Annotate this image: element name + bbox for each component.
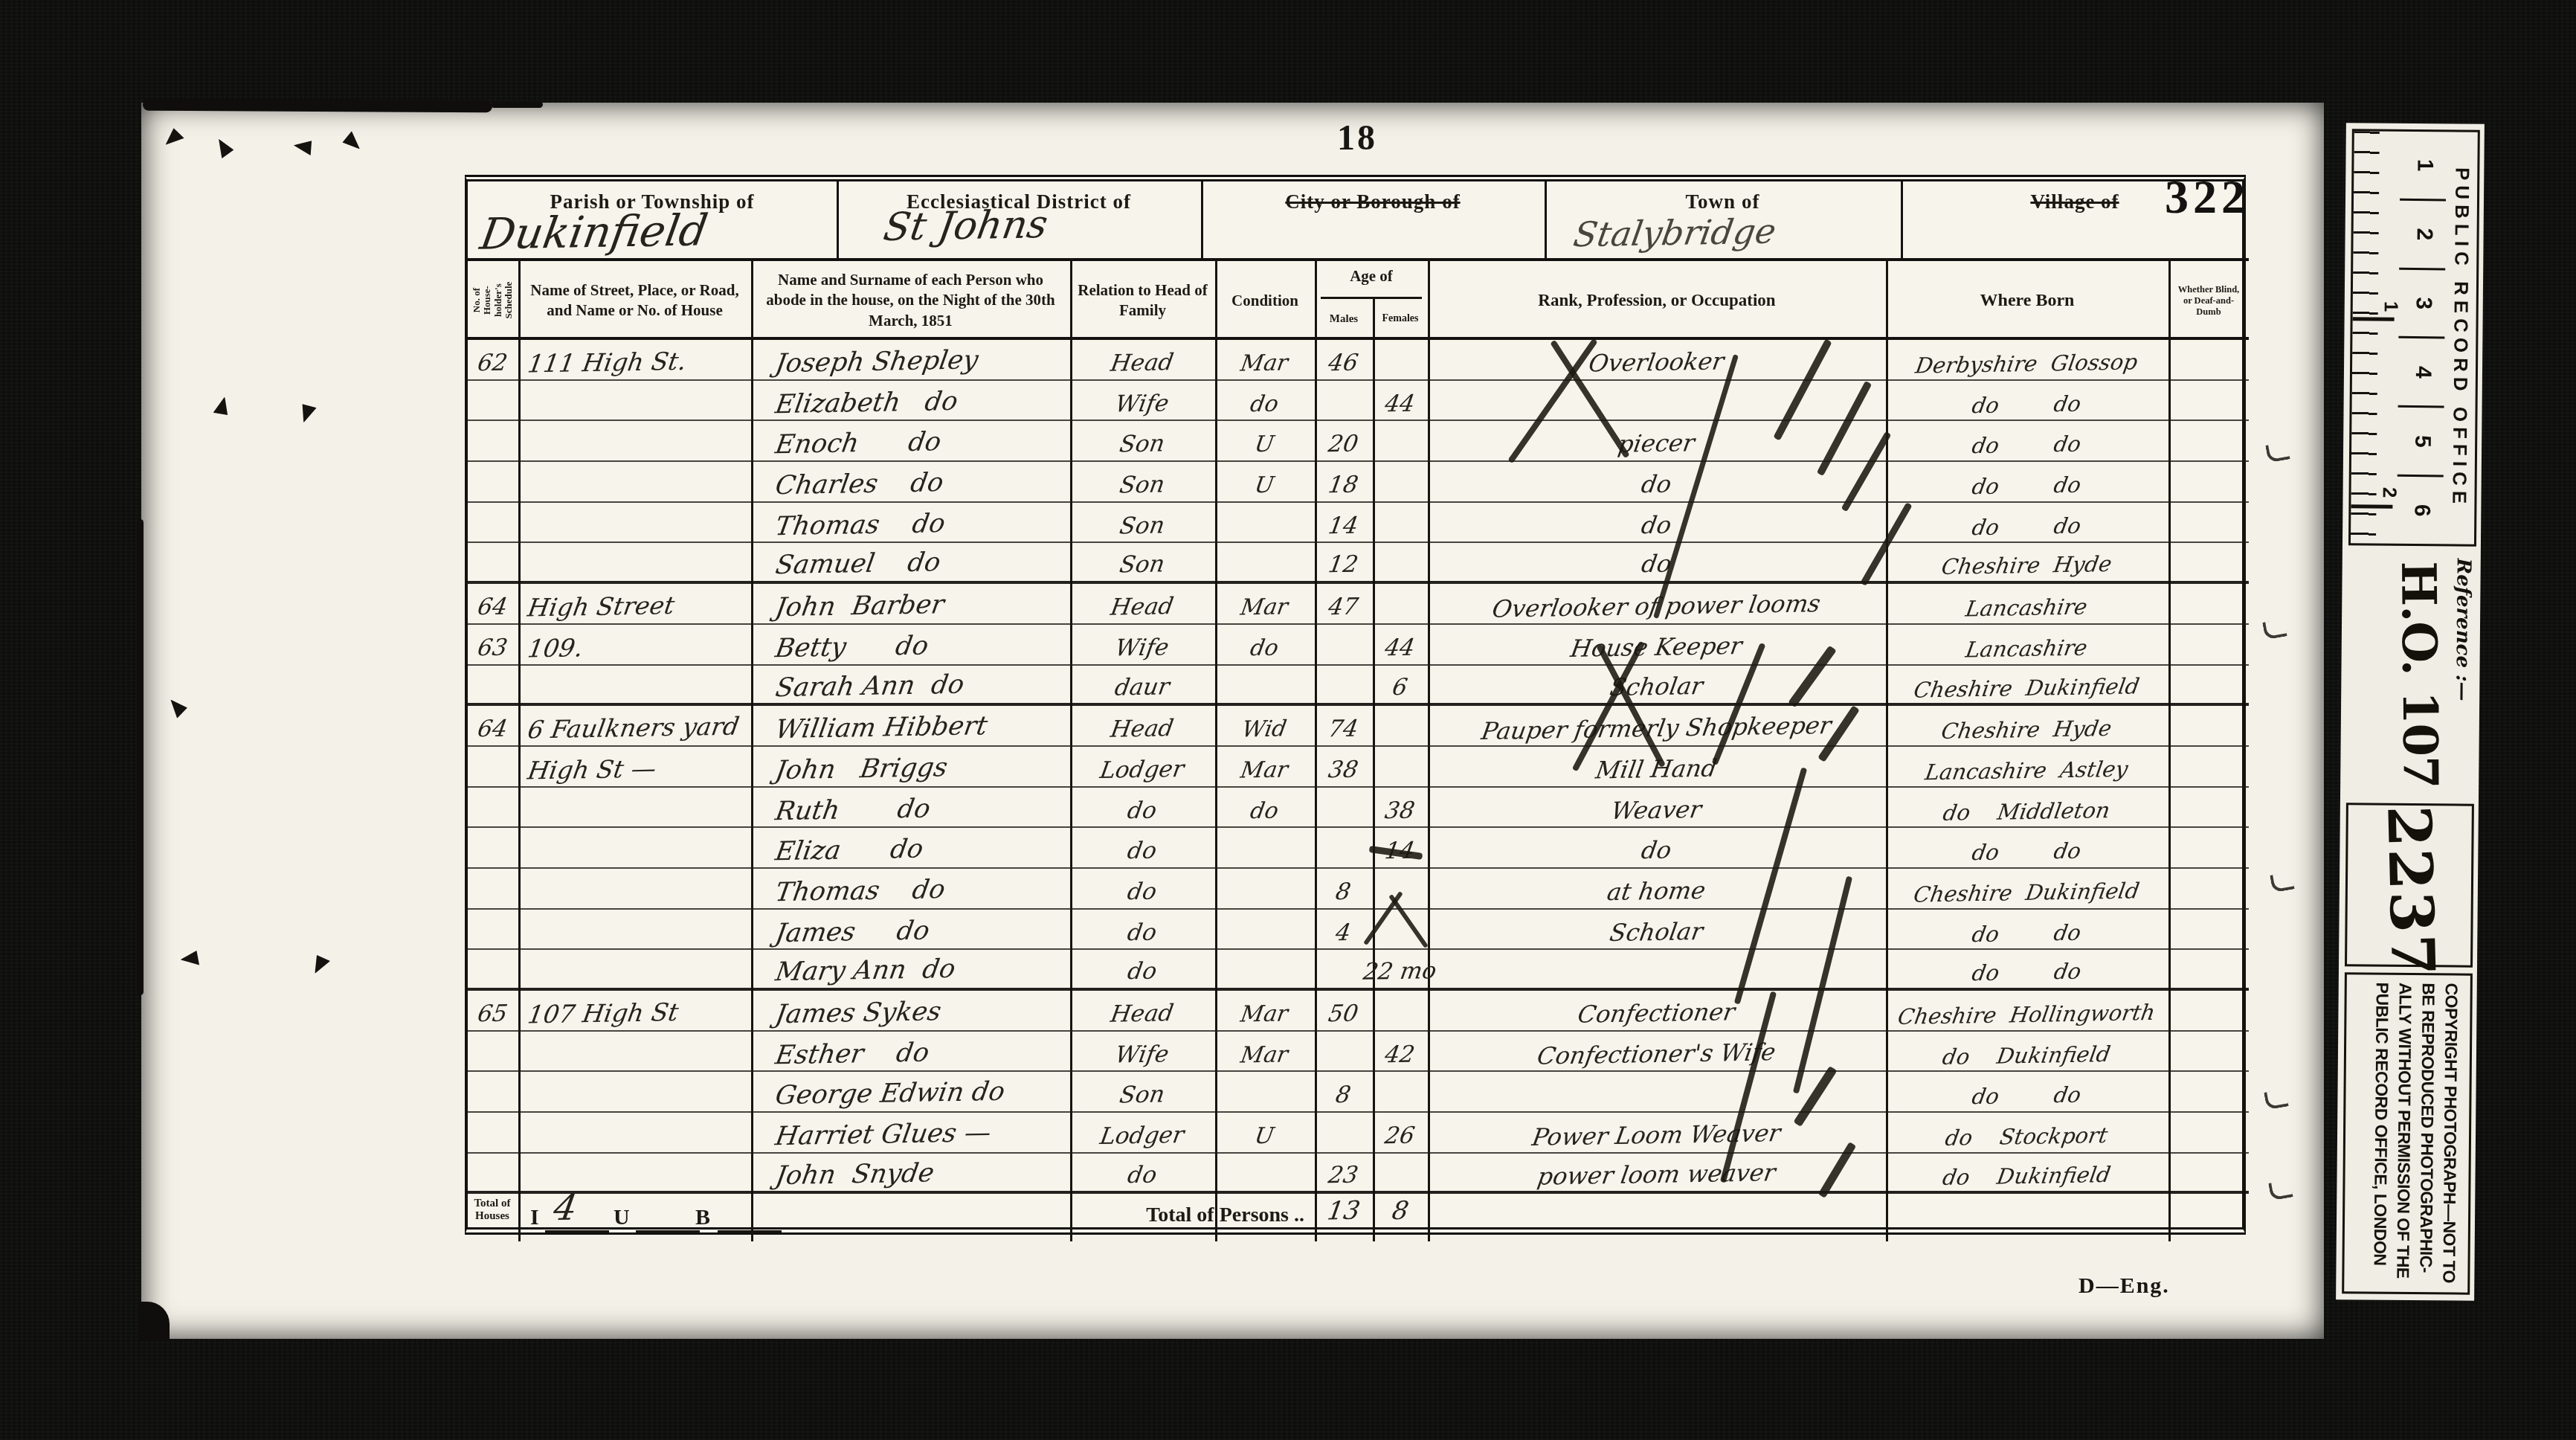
relation-cell: do <box>1067 867 1219 909</box>
col-header-blind: Whether Blind, or Deaf-and-Dumb <box>2168 261 2249 340</box>
name-cell: Ruth do <box>747 785 1074 829</box>
form-footer-mark: D—Eng. <box>2078 1273 2170 1299</box>
age-female-cell: 44 <box>1370 380 1432 420</box>
born-cell: Cheshire Hyde <box>1882 704 2171 748</box>
name-cell: John Briggs <box>747 744 1074 788</box>
age-female-cell: 38 <box>1370 787 1432 827</box>
copyright-line: BE REPRODUCED PHOTOGRAPHIC- <box>2414 983 2440 1285</box>
col-subheader-males: Males <box>1315 300 1373 338</box>
film-smudge <box>143 99 492 112</box>
schedule-cell <box>465 502 522 542</box>
occupation-cell: do <box>1424 539 1890 585</box>
name-cell: Samuel do <box>747 541 1073 584</box>
ruler-inch-number: 2 <box>2378 487 2401 498</box>
schedule-cell <box>465 787 522 827</box>
relation-cell: Lodger <box>1067 745 1219 787</box>
folio-number: 322 <box>2165 170 2250 225</box>
blind-cell <box>2168 340 2249 379</box>
street-cell <box>515 663 755 705</box>
relation-cell: Son <box>1067 420 1219 462</box>
relation-cell: do <box>1067 908 1219 950</box>
street-cell <box>515 826 754 870</box>
condition-cell <box>1212 908 1318 949</box>
page-number: 18 <box>1337 118 1377 158</box>
schedule-cell <box>465 909 522 949</box>
relation-cell: Wife <box>1067 1030 1219 1072</box>
condition-cell <box>1212 868 1318 909</box>
age-female-cell: 6 <box>1370 665 1431 704</box>
born-cell: Cheshire Hyde <box>1882 541 2171 583</box>
total-underline <box>545 1230 609 1233</box>
city-label: City or Borough of <box>1285 190 1460 213</box>
relation-cell: do <box>1067 1152 1219 1192</box>
table-row: Thomas do do 8 at home Cheshire Dukinfie… <box>468 869 2249 910</box>
age-female-cell <box>1370 868 1432 908</box>
age-male-cell <box>1312 1112 1376 1152</box>
condition-cell <box>1212 949 1318 989</box>
age-male-cell: 50 <box>1312 990 1376 1030</box>
col-header-relation: Relation to Head of Family <box>1070 261 1215 340</box>
condition-cell: Mar <box>1212 746 1318 787</box>
occupation-cell: at home <box>1424 865 1890 912</box>
table-row: 64 High Street John Barber Head Mar 47 O… <box>468 584 2249 625</box>
reference-label: Reference :— <box>2451 558 2475 701</box>
ruler-cm-number: 2 <box>2399 199 2446 268</box>
street-cell <box>515 1110 754 1154</box>
schedule-cell <box>465 421 522 461</box>
blind-cell <box>2168 421 2249 460</box>
pro-office-title: PUBLIC RECORD OFFICE <box>2447 132 2474 544</box>
blind-cell <box>2168 543 2249 581</box>
col-header-occupation: Rank, Profession, or Occupation <box>1428 261 1886 340</box>
street-cell <box>515 1029 754 1073</box>
total-persons-male: 13 <box>1313 1195 1376 1226</box>
born-cell: Derbyshire Glossop <box>1882 338 2171 382</box>
age-female-cell <box>1370 990 1432 1030</box>
table-row: John Snyde do 23 power loom weaver do Du… <box>468 1154 2249 1195</box>
name-cell: Enoch do <box>747 419 1074 463</box>
street-cell <box>515 867 754 910</box>
relation-cell: Son <box>1067 1071 1219 1113</box>
occupation-cell: Overlooker <box>1424 336 1890 383</box>
street-cell <box>515 785 754 829</box>
col-header-born: Where Born <box>1886 261 2168 340</box>
street-cell <box>515 541 755 583</box>
ruler-cm-scale: 123456 <box>2397 132 2447 544</box>
occupation-cell: House Keeper <box>1424 620 1890 667</box>
table-row: Charles do Son U 18 do do do <box>468 462 2249 503</box>
col-header-condition: Condition <box>1215 261 1315 340</box>
ruler-inch-tick <box>2353 317 2395 321</box>
col-header-schedule: No. of House-holder's Schedule <box>468 261 518 340</box>
age-male-cell: 8 <box>1312 1072 1376 1112</box>
condition-cell: Mar <box>1212 990 1318 1031</box>
condition-cell <box>1212 1153 1318 1192</box>
age-male-cell: 12 <box>1312 543 1376 582</box>
ruler-cm-number: 6 <box>2397 475 2444 544</box>
table-row: 63 109. Betty do Wife do 44 House Keeper… <box>468 625 2249 666</box>
inhabited-label: I <box>530 1205 539 1230</box>
blind-cell <box>2168 381 2249 420</box>
age-female-cell: 42 <box>1370 1031 1432 1071</box>
blind-cell <box>2168 910 2249 949</box>
condition-cell <box>1212 1071 1318 1112</box>
table-row: 64 6 Faulkners yard William Hibbert Head… <box>468 706 2249 747</box>
name-cell: Thomas do <box>747 500 1074 544</box>
blind-cell <box>2168 1032 2249 1071</box>
blind-cell <box>2168 747 2249 786</box>
born-cell: do do <box>1882 419 2171 463</box>
age-female-cell <box>1370 461 1432 501</box>
age-male-cell <box>1312 380 1376 420</box>
table-row: Harriet Glues — Lodger U 26 Power Loom W… <box>468 1113 2249 1154</box>
occupation-cell: Scholar <box>1424 905 1890 952</box>
table-row: Ruth do do do 38 Weaver do Middleton <box>468 788 2249 829</box>
schedule-cell <box>465 950 521 989</box>
occupation-cell: power loom weaver <box>1424 1149 1890 1195</box>
name-cell: James Sykes <box>747 988 1074 1032</box>
age-male-cell: 74 <box>1312 706 1376 746</box>
condition-cell: do <box>1212 786 1318 827</box>
schedule-cell: 63 <box>465 624 522 664</box>
age-male-cell <box>1312 1031 1376 1071</box>
age-female-cell: 44 <box>1370 624 1432 664</box>
street-cell <box>515 1151 755 1193</box>
born-cell: Cheshire Hollingworth <box>1882 989 2171 1032</box>
schedule-cell <box>465 868 522 908</box>
born-cell: do Middleton <box>1882 785 2171 829</box>
pro-piece-box: 2237 <box>2345 803 2474 967</box>
table-row: Esther do Wife Mar 42 Confectioner's Wif… <box>468 1032 2249 1073</box>
condition-cell <box>1212 827 1318 868</box>
occupation-cell <box>1424 1068 1890 1115</box>
table-row: 62 111 High St. Joseph Shepley Head Mar … <box>468 340 2249 381</box>
schedule-cell: 62 <box>465 339 522 379</box>
born-cell: do Dukinfield <box>1882 1151 2171 1193</box>
blind-cell <box>2168 991 2249 1030</box>
occupation-cell: Power Loom Weaver <box>1424 1109 1890 1156</box>
copyright-line: PUBLIC RECORD OFFICE, LONDON <box>2368 983 2394 1285</box>
age-female-cell <box>1370 1072 1432 1112</box>
name-cell: Mary Ann do <box>747 948 1073 991</box>
born-cell: Lancashire <box>1882 582 2171 626</box>
age-female-cell: 14 <box>1370 828 1432 868</box>
blind-cell <box>2168 462 2249 501</box>
relation-cell: do <box>1067 786 1219 828</box>
pro-copyright-box: COPYRIGHT PHOTOGRAPH—NOT TOBE REPRODUCED… <box>2342 972 2473 1294</box>
age-male-cell <box>1312 665 1376 704</box>
age-male-cell: 20 <box>1312 421 1376 461</box>
age-male-cell <box>1312 828 1376 868</box>
name-cell: George Edwin do <box>747 1070 1074 1114</box>
born-cell: Lancashire Astley <box>1882 745 2171 788</box>
relation-cell: Wife <box>1067 379 1219 421</box>
town-value: Stalybridge <box>1571 211 1779 255</box>
table-row: George Edwin do Son 8 do do <box>468 1072 2249 1113</box>
parish-value: Dukinfield <box>477 205 711 259</box>
born-cell: do Stockport <box>1882 1110 2171 1154</box>
age-male-cell: 47 <box>1312 583 1376 623</box>
header-divider <box>837 181 839 258</box>
census-form: Parish or Township of Ecclesiastical Dis… <box>465 175 2246 1235</box>
age-female-cell <box>1370 1153 1431 1192</box>
name-cell: John Snyde <box>747 1151 1073 1194</box>
name-cell: Thomas do <box>747 866 1074 910</box>
occupation-cell: Weaver <box>1424 783 1890 830</box>
relation-cell: Son <box>1067 501 1219 543</box>
condition-cell: do <box>1212 380 1318 421</box>
name-cell: Sarah Ann do <box>747 663 1073 706</box>
col-header-name: Name and Surname of each Person who abod… <box>751 261 1070 340</box>
blind-cell <box>2168 584 2249 623</box>
occupation-cell: Overlooker of power looms <box>1424 580 1890 627</box>
schedule-cell: 64 <box>465 706 522 746</box>
totals-band: Total of Houses I 4 U B Total of Persons… <box>468 1195 2249 1238</box>
name-cell: John Barber <box>747 581 1074 626</box>
blind-cell <box>2168 1113 2249 1152</box>
total-underline <box>636 1230 700 1233</box>
condition-cell: Mar <box>1212 1031 1318 1072</box>
table-row: High St — John Briggs Lodger Mar 38 Mill… <box>468 747 2249 788</box>
relation-cell: Head <box>1067 338 1219 380</box>
age-female-cell: 26 <box>1370 1112 1432 1152</box>
building-label: B <box>695 1205 710 1230</box>
blind-cell <box>2168 503 2249 542</box>
name-cell: William Hibbert <box>747 703 1074 748</box>
ruler-cm-number: 5 <box>2398 405 2444 475</box>
name-cell: Charles do <box>747 459 1074 504</box>
age-male-cell <box>1312 624 1376 664</box>
occupation-cell: Confectioner <box>1424 987 1890 1034</box>
condition-cell <box>1212 542 1318 582</box>
occupation-cell: Confectioner's Wife <box>1424 1027 1890 1074</box>
name-cell: Joseph Shepley <box>747 337 1074 382</box>
pro-reference-strip: PUBLIC RECORD OFFICE 123456 1 2 Referenc… <box>2336 123 2485 1301</box>
born-cell: do Dukinfield <box>1882 1029 2171 1073</box>
street-cell: 111 High St. <box>515 338 754 381</box>
condition-cell: Mar <box>1212 583 1318 624</box>
schedule-cell <box>465 1072 522 1112</box>
born-cell: do do <box>1882 826 2171 870</box>
occupation-cell: Pauper formerly Shopkeeper <box>1424 702 1890 749</box>
relation-cell: Head <box>1067 989 1219 1031</box>
blind-cell <box>2168 950 2249 988</box>
ruler-ticks <box>2351 131 2380 543</box>
born-cell: do do <box>1882 1070 2171 1113</box>
ruler-inch-number: 1 <box>2380 301 2403 312</box>
age-male-cell <box>1312 787 1376 827</box>
table-row: Thomas do Son 14 do do do <box>468 503 2249 544</box>
table-row: Eliza do do 14 do do do <box>468 828 2249 869</box>
schedule-cell <box>465 461 522 501</box>
schedule-cell: 65 <box>465 990 522 1030</box>
schedule-cell <box>465 746 522 786</box>
film-smudge <box>491 101 543 108</box>
pro-strip-content: PUBLIC RECORD OFFICE 123456 1 2 Referenc… <box>2336 123 2485 1301</box>
street-cell <box>515 1070 754 1113</box>
schedule-cell <box>465 543 521 582</box>
reference-value: H.O. 107 <box>2390 552 2448 798</box>
condition-cell: do <box>1212 624 1318 665</box>
blind-cell <box>2168 666 2249 704</box>
born-cell: do do <box>1882 907 2171 951</box>
piece-number: 2237 <box>2374 805 2448 965</box>
city-field: City or Borough of <box>1201 181 1545 258</box>
table-row: Mary Ann do do 22 mo do do <box>468 950 2249 991</box>
town-label: Town of <box>1686 190 1760 213</box>
occupation-cell <box>1424 946 1890 991</box>
name-cell: Esther do <box>747 1029 1074 1073</box>
schedule-cell <box>465 828 522 868</box>
relation-cell: Son <box>1067 542 1219 582</box>
district-value: St Johns <box>880 202 1051 250</box>
relation-cell: Son <box>1067 460 1219 502</box>
street-cell: High St — <box>515 745 754 788</box>
schedule-cell <box>465 1153 521 1192</box>
schedule-cell <box>465 1031 522 1071</box>
street-cell: 107 High St <box>515 989 754 1032</box>
schedule-cell <box>465 665 521 704</box>
table-row: Sarah Ann do daur 6 Scholar Cheshire Duk… <box>468 666 2249 707</box>
relation-cell: Head <box>1067 582 1219 624</box>
born-cell: Lancashire <box>1882 623 2171 666</box>
blind-cell <box>2168 788 2249 827</box>
blind-cell <box>2168 1072 2249 1111</box>
age-female-cell <box>1370 909 1432 949</box>
col-header-street: Name of Street, Place, or Road, and Name… <box>518 261 751 340</box>
relation-cell: do <box>1067 949 1219 989</box>
relation-cell: Lodger <box>1067 1111 1219 1153</box>
total-underline <box>718 1230 782 1233</box>
age-female-cell <box>1370 706 1432 746</box>
condition-cell: U <box>1212 1112 1318 1153</box>
occupation-cell: Mill Hand <box>1424 743 1890 790</box>
age-male-cell: 38 <box>1312 746 1376 786</box>
occupation-cell: do <box>1424 824 1890 871</box>
table-row: Enoch do Son U 20 piecer do do <box>468 421 2249 462</box>
name-cell: Harriet Glues — <box>747 1110 1074 1154</box>
blind-cell <box>2168 869 2249 908</box>
age-female-cell <box>1370 502 1432 542</box>
census-rows: 62 111 High St. Joseph Shepley Head Mar … <box>468 340 2249 1194</box>
copyright-line: ALLY WITHOUT PERMISSION OF THE <box>2391 983 2417 1285</box>
schedule-cell <box>465 380 522 420</box>
age-male-cell: 4 <box>1312 909 1376 949</box>
born-cell: do do <box>1882 500 2171 544</box>
condition-cell: U <box>1212 461 1318 502</box>
ruler-cm-number: 1 <box>2400 132 2447 199</box>
header-divider <box>1545 181 1547 258</box>
blind-cell <box>2168 625 2249 664</box>
street-cell <box>515 420 754 463</box>
condition-cell: U <box>1212 420 1318 461</box>
schedule-cell <box>465 1112 522 1152</box>
table-row: Elizabeth do Wife do 44 do do <box>468 381 2249 422</box>
street-cell: High Street <box>515 582 754 625</box>
pro-reference-box: Reference :— H.O. 107 <box>2346 551 2476 797</box>
header-divider <box>1201 181 1203 258</box>
table-row: 65 107 High St James Sykes Head Mar 50 C… <box>468 991 2249 1032</box>
name-cell: James do <box>747 907 1074 951</box>
relation-cell: Head <box>1067 704 1219 746</box>
condition-cell: Mar <box>1212 339 1318 380</box>
age-female-cell: 22 mo <box>1370 950 1431 989</box>
street-cell <box>515 501 754 544</box>
ruler-cm-number: 4 <box>2398 336 2445 405</box>
total-persons-label: Total of Persons .. <box>988 1203 1304 1227</box>
ruler-cm-number: 3 <box>2398 268 2445 337</box>
name-cell: Eliza do <box>747 826 1074 870</box>
street-cell <box>515 907 754 951</box>
film-smudge <box>138 1302 170 1340</box>
copyright-line: COPYRIGHT PHOTOGRAPH—NOT TO <box>2437 983 2463 1285</box>
header-divider <box>1901 181 1903 258</box>
age-male-cell: 8 <box>1312 868 1376 908</box>
street-cell <box>515 379 754 422</box>
street-cell <box>515 460 754 503</box>
uninhabited-label: U <box>614 1205 630 1230</box>
relation-cell: do <box>1067 827 1219 869</box>
age-male-cell: 14 <box>1312 502 1376 542</box>
occupation-cell: piecer <box>1424 417 1890 464</box>
occupation-cell: do <box>1424 458 1890 505</box>
age-header-rule <box>1321 297 1422 299</box>
age-female-cell <box>1370 421 1432 461</box>
col-subheader-females: Females <box>1373 300 1428 338</box>
condition-cell: Wid <box>1212 705 1318 746</box>
form-header-band: Parish or Township of Ecclesiastical Dis… <box>468 181 2249 258</box>
ruler-inch-tick <box>2351 504 2392 508</box>
blind-cell <box>2168 706 2249 745</box>
age-female-cell <box>1370 543 1431 582</box>
age-male-cell: 46 <box>1312 339 1376 379</box>
occupation-cell: do <box>1424 498 1890 545</box>
microfilm-frame: 18 Parish or Township of Ecclesiastical … <box>0 0 2576 1440</box>
age-male-cell: 23 <box>1312 1153 1376 1192</box>
born-cell: Cheshire Dukinfield <box>1882 663 2171 705</box>
total-houses-label: Total of Houses <box>468 1198 517 1224</box>
condition-cell <box>1212 664 1318 704</box>
age-female-cell <box>1370 746 1432 786</box>
street-cell <box>515 948 755 990</box>
age-female-cell <box>1370 583 1432 623</box>
occupation-cell: Scholar <box>1424 661 1890 707</box>
name-cell: Betty do <box>747 622 1074 666</box>
table-row: Samuel do Son 12 do Cheshire Hyde <box>468 543 2249 584</box>
born-cell: do do <box>1882 378 2171 422</box>
relation-cell: daur <box>1067 664 1219 704</box>
blind-cell <box>2168 828 2249 867</box>
condition-cell <box>1212 502 1318 543</box>
occupation-cell <box>1424 376 1890 423</box>
born-cell: do do <box>1882 948 2171 990</box>
film-smudge <box>137 519 144 995</box>
column-header-band: No. of House-holder's Schedule Name of S… <box>468 258 2249 340</box>
relation-cell: Wife <box>1067 623 1219 665</box>
pro-ruler: PUBLIC RECORD OFFICE 123456 1 2 <box>2348 129 2480 546</box>
schedule-cell: 64 <box>465 584 522 624</box>
blind-cell <box>2168 1154 2249 1192</box>
street-cell: 6 Faulkners yard <box>515 704 754 747</box>
age-female-cell <box>1370 339 1432 379</box>
born-cell: Cheshire Dukinfield <box>1882 867 2171 910</box>
born-cell: do do <box>1882 460 2171 504</box>
street-cell: 109. <box>515 623 754 666</box>
table-row: James do do 4 Scholar do do <box>468 910 2249 951</box>
name-cell: Elizabeth do <box>747 378 1074 422</box>
age-male-cell: 18 <box>1312 461 1376 501</box>
village-label: Village of <box>2030 190 2119 213</box>
